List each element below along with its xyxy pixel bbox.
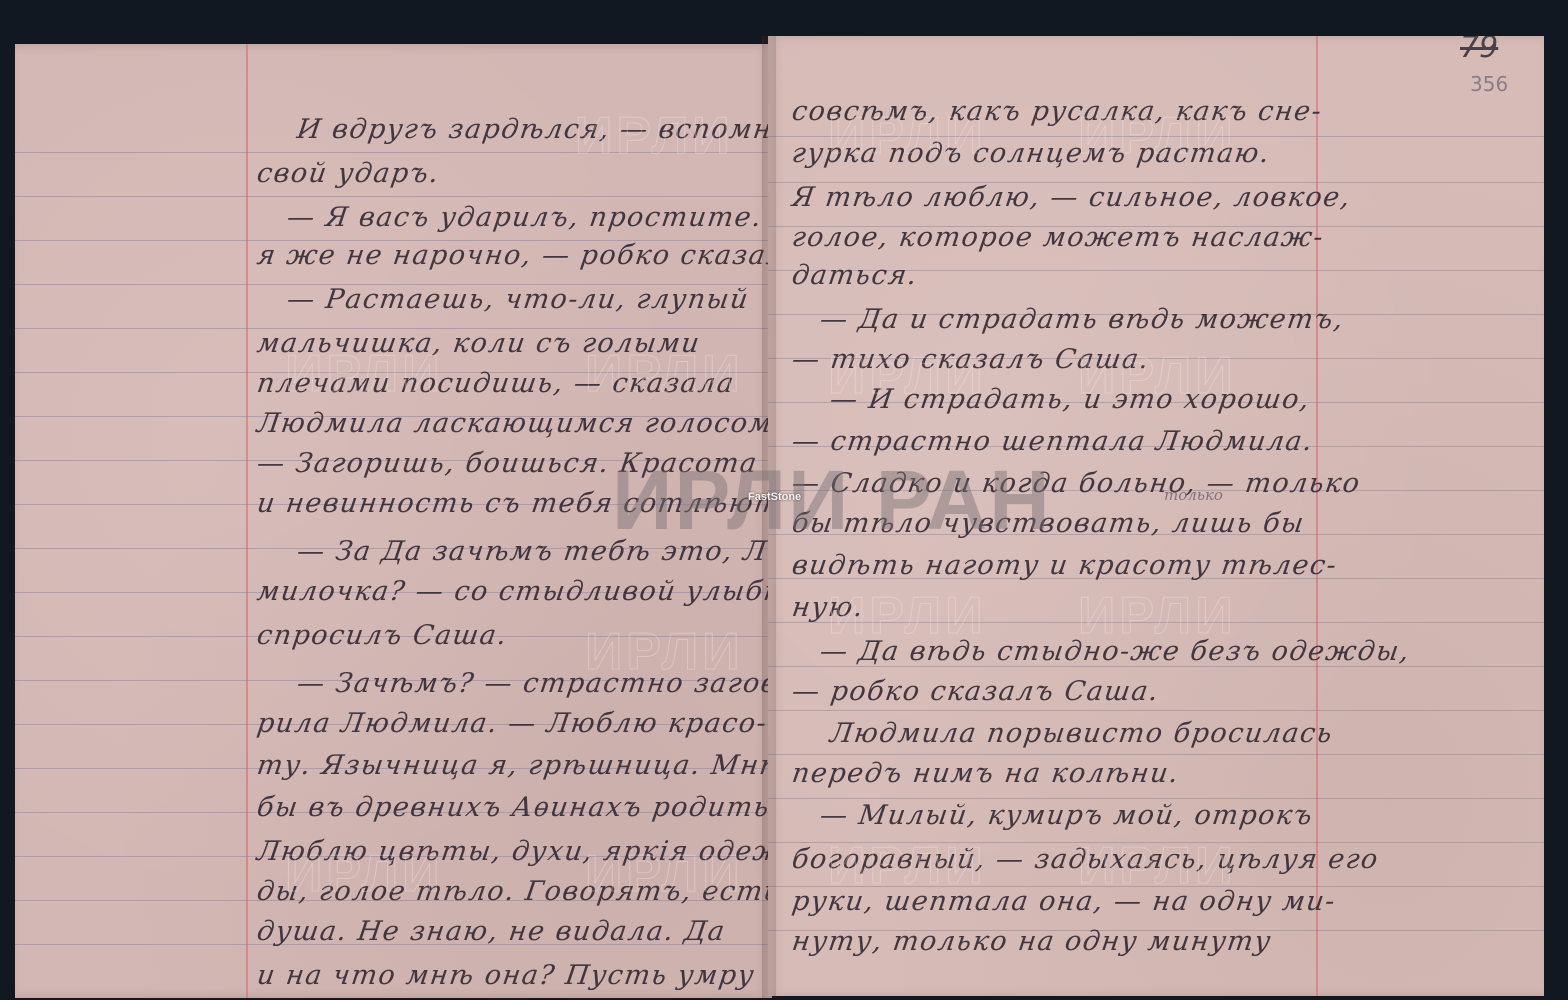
handwritten-line: и на что мнѣ она? Пусть умру bbox=[255, 960, 757, 991]
watermark: ИРЛИ bbox=[1078, 586, 1237, 646]
handwritten-line: бы въ древнихъ Аѳинахъ родиться. bbox=[255, 792, 772, 823]
handwritten-line: спросилъ Саша. bbox=[255, 620, 510, 651]
watermark: ИРЛИ bbox=[1078, 836, 1237, 896]
manuscript-spread: И вдругъ зардѣлся, — вспомнилъ свой удар… bbox=[0, 0, 1568, 1000]
watermark: ИРЛИ bbox=[585, 344, 744, 404]
watermark: ИРЛИ bbox=[285, 844, 444, 904]
ruled-line bbox=[768, 798, 1544, 799]
handwritten-line: Людмила ласкающимся голосомъ. bbox=[255, 408, 772, 439]
ruled-line bbox=[768, 710, 1544, 711]
handwritten-line: ту. Язычница я, грѣшница. Мнѣ bbox=[255, 750, 772, 781]
folio-number: 79 bbox=[1460, 36, 1498, 65]
left-margin-line bbox=[246, 44, 248, 998]
watermark: ИРЛИ bbox=[585, 622, 744, 682]
handwritten-line: передъ нимъ на колѣни. bbox=[790, 758, 1181, 789]
handwritten-line: Я тѣло люблю, — сильное, ловкое, bbox=[790, 182, 1353, 213]
center-watermark: ИРЛИ РАН bbox=[612, 452, 1052, 549]
handwritten-line: свой ударъ. bbox=[255, 158, 442, 189]
handwritten-line: — Растаешь, что-ли, глупый bbox=[285, 284, 751, 315]
ruled-line bbox=[768, 754, 1544, 755]
handwritten-line: душа. Не знаю, не видала. Да bbox=[255, 916, 728, 947]
interlinear-insert: только bbox=[1164, 486, 1223, 504]
handwritten-line: голое, которое можетъ наслаж- bbox=[790, 222, 1326, 253]
handwritten-line: — робко сказалъ Саша. bbox=[790, 676, 1161, 707]
handwritten-line: видѣть наготу и красоту тѣлес- bbox=[790, 550, 1339, 581]
faststone-stamp: FastStone bbox=[748, 491, 801, 503]
watermark: ИРЛИ bbox=[1078, 106, 1237, 166]
handwritten-line: даться. bbox=[790, 260, 920, 291]
handwritten-line: рила Людмила. — Люблю красо- bbox=[255, 708, 769, 739]
handwritten-line: я же не нарочно, — робко сказалъ онъ. bbox=[255, 240, 772, 271]
watermark: ИРЛИ bbox=[1078, 346, 1237, 406]
handwritten-line: Людмила порывисто бросилась bbox=[828, 718, 1335, 749]
watermark: ИРЛИ bbox=[828, 836, 987, 896]
watermark: ИРЛИ bbox=[585, 844, 744, 904]
watermark: ИРЛИ bbox=[828, 106, 987, 166]
handwritten-line: — Я васъ ударилъ, простите. Вѣдь bbox=[285, 202, 772, 233]
archive-number: 356 bbox=[1470, 72, 1508, 96]
handwritten-line: — Милый, кумиръ мой, отрокъ bbox=[818, 800, 1315, 831]
handwritten-line: — Да и страдать вѣдь можетъ, bbox=[818, 304, 1346, 335]
ruled-line bbox=[15, 196, 772, 197]
handwritten-line: милочка? — со стыдливой улыбкой bbox=[255, 576, 772, 607]
watermark: ИРЛИ bbox=[285, 344, 444, 404]
watermark: ИРЛИ bbox=[828, 586, 987, 646]
handwritten-line: нуту, только на одну минуту bbox=[790, 926, 1274, 957]
watermark: ИРЛИ bbox=[828, 346, 987, 406]
watermark: ИРЛИ bbox=[575, 106, 734, 166]
